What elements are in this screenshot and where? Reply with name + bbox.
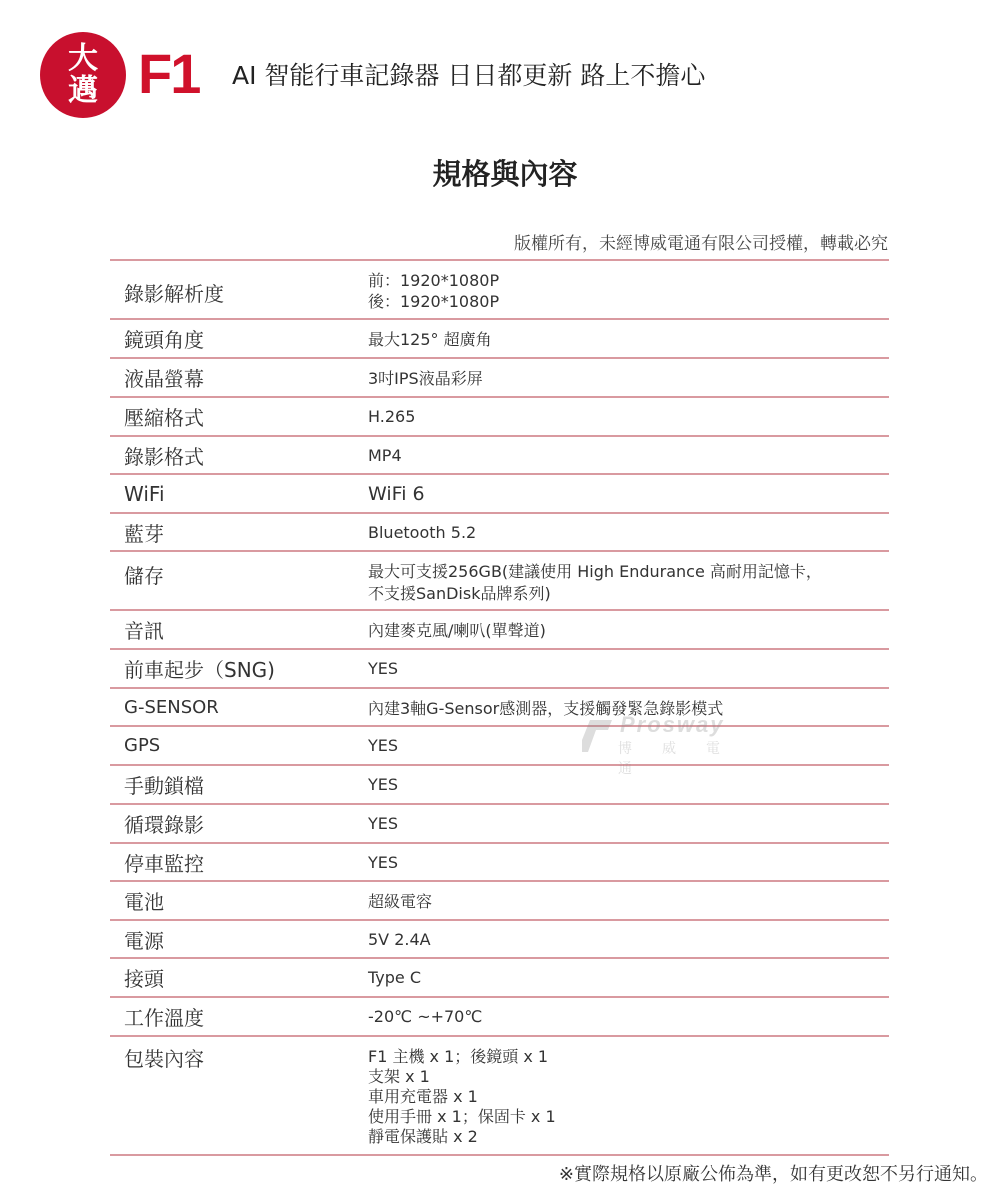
spec-value: 3吋IPS液晶彩屏 [368,366,889,389]
spec-row: 電池 超級電容 [110,882,889,921]
spec-row: 前車起步（SNG) YES [110,650,889,689]
copyright-notice: 版權所有，未經博威電通有限公司授權，轉載必究 [514,229,888,254]
spec-label: 藍芽 [110,518,368,547]
spec-row: 液晶螢幕 3吋IPS液晶彩屏 [110,359,889,398]
spec-label: 電池 [110,886,368,915]
spec-label: 接頭 [110,963,368,992]
spec-row: 錄影格式 MP4 [110,437,889,475]
spec-row: 接頭 Type C [110,959,889,998]
spec-label: 錄影解析度 [110,261,368,318]
spec-label: 鏡頭角度 [110,324,368,353]
spec-row: 音訊 內建麥克風/喇叭(單聲道) [110,611,889,650]
spec-value: -20℃ ~+70℃ [368,1007,889,1026]
spec-label: 壓縮格式 [110,402,368,431]
logo-char-1: 大 [68,43,98,75]
spec-label: 電源 [110,925,368,954]
spec-value: 前：1920*1080P 後：1920*1080P [368,261,889,318]
spec-label: 液晶螢幕 [110,363,368,392]
spec-label: 儲存 [110,552,368,609]
prosway-watermark: Prosway 博威電通 [582,716,757,758]
spec-value: YES [368,814,889,833]
spec-label: WiFi [110,482,368,506]
spec-row: 藍芽 Bluetooth 5.2 [110,514,889,552]
spec-row: 儲存 最大可支援256GB(建議使用 High Endurance 高耐用記憶卡… [110,552,889,611]
spec-label: G-SENSOR [110,697,368,718]
spec-label: 停車監控 [110,848,368,877]
spec-row: G-SENSOR 內建3軸G-Sensor感測器，支援觸發緊急錄影模式 [110,689,889,727]
spec-value: 超級電容 [368,889,889,912]
spec-value: 最大125° 超廣角 [368,327,889,350]
logo-char-2: 邁 [68,75,98,107]
spec-value: H.265 [368,407,889,426]
spec-table: 錄影解析度 前：1920*1080P 後：1920*1080P 鏡頭角度 最大1… [110,259,889,1156]
spec-row: 循環錄影 YES [110,805,889,844]
spec-row: 工作溫度 -20℃ ~+70℃ [110,998,889,1037]
spec-row: 包裝內容 F1 主機 x 1；後鏡頭 x 1 支架 x 1 車用充電器 x 1 … [110,1037,889,1156]
slogan: AI 智能行車記錄器 日日都更新 路上不擔心 [232,60,705,92]
brand-logo-circle: 大 邁 [40,32,126,118]
spec-label: 手動鎖檔 [110,770,368,799]
spec-value: YES [368,853,889,872]
spec-row: GPS YES [110,727,889,766]
spec-value: F1 主機 x 1；後鏡頭 x 1 支架 x 1 車用充電器 x 1 使用手冊 … [368,1037,889,1154]
watermark-word: Prosway [620,712,725,738]
spec-label: 錄影格式 [110,441,368,470]
spec-value: Type C [368,968,889,987]
spec-value: WiFi 6 [368,483,889,505]
spec-value: Bluetooth 5.2 [368,523,889,542]
spec-value: MP4 [368,446,889,465]
model-name: F1 [138,44,199,104]
spec-row: 鏡頭角度 最大125° 超廣角 [110,320,889,359]
watermark-zh: 博威電通 [618,738,757,778]
spec-row: 電源 5V 2.4A [110,921,889,959]
spec-row: 錄影解析度 前：1920*1080P 後：1920*1080P [110,261,889,320]
spec-row: 停車監控 YES [110,844,889,882]
spec-value: 最大可支援256GB(建議使用 High Endurance 高耐用記憶卡， 不… [368,552,889,609]
page-title: 規格與內容 [0,152,1000,193]
spec-row: 壓縮格式 H.265 [110,398,889,437]
footnote: ※實際規格以原廠公佈為準，如有更改恕不另行通知。 [559,1160,988,1186]
spec-value: 5V 2.4A [368,930,889,949]
spec-label: 循環錄影 [110,809,368,838]
spec-value: 內建麥克風/喇叭(單聲道) [368,618,889,641]
spec-row: 手動鎖檔 YES [110,766,889,805]
spec-label: 包裝內容 [110,1037,368,1154]
spec-value: YES [368,659,889,678]
spec-label: 工作溫度 [110,1002,368,1031]
spec-label: 音訊 [110,615,368,644]
spec-label: GPS [110,735,368,756]
prosway-logo-icon [582,718,612,754]
spec-label: 前車起步（SNG) [110,654,368,683]
spec-row: WiFi WiFi 6 [110,475,889,514]
